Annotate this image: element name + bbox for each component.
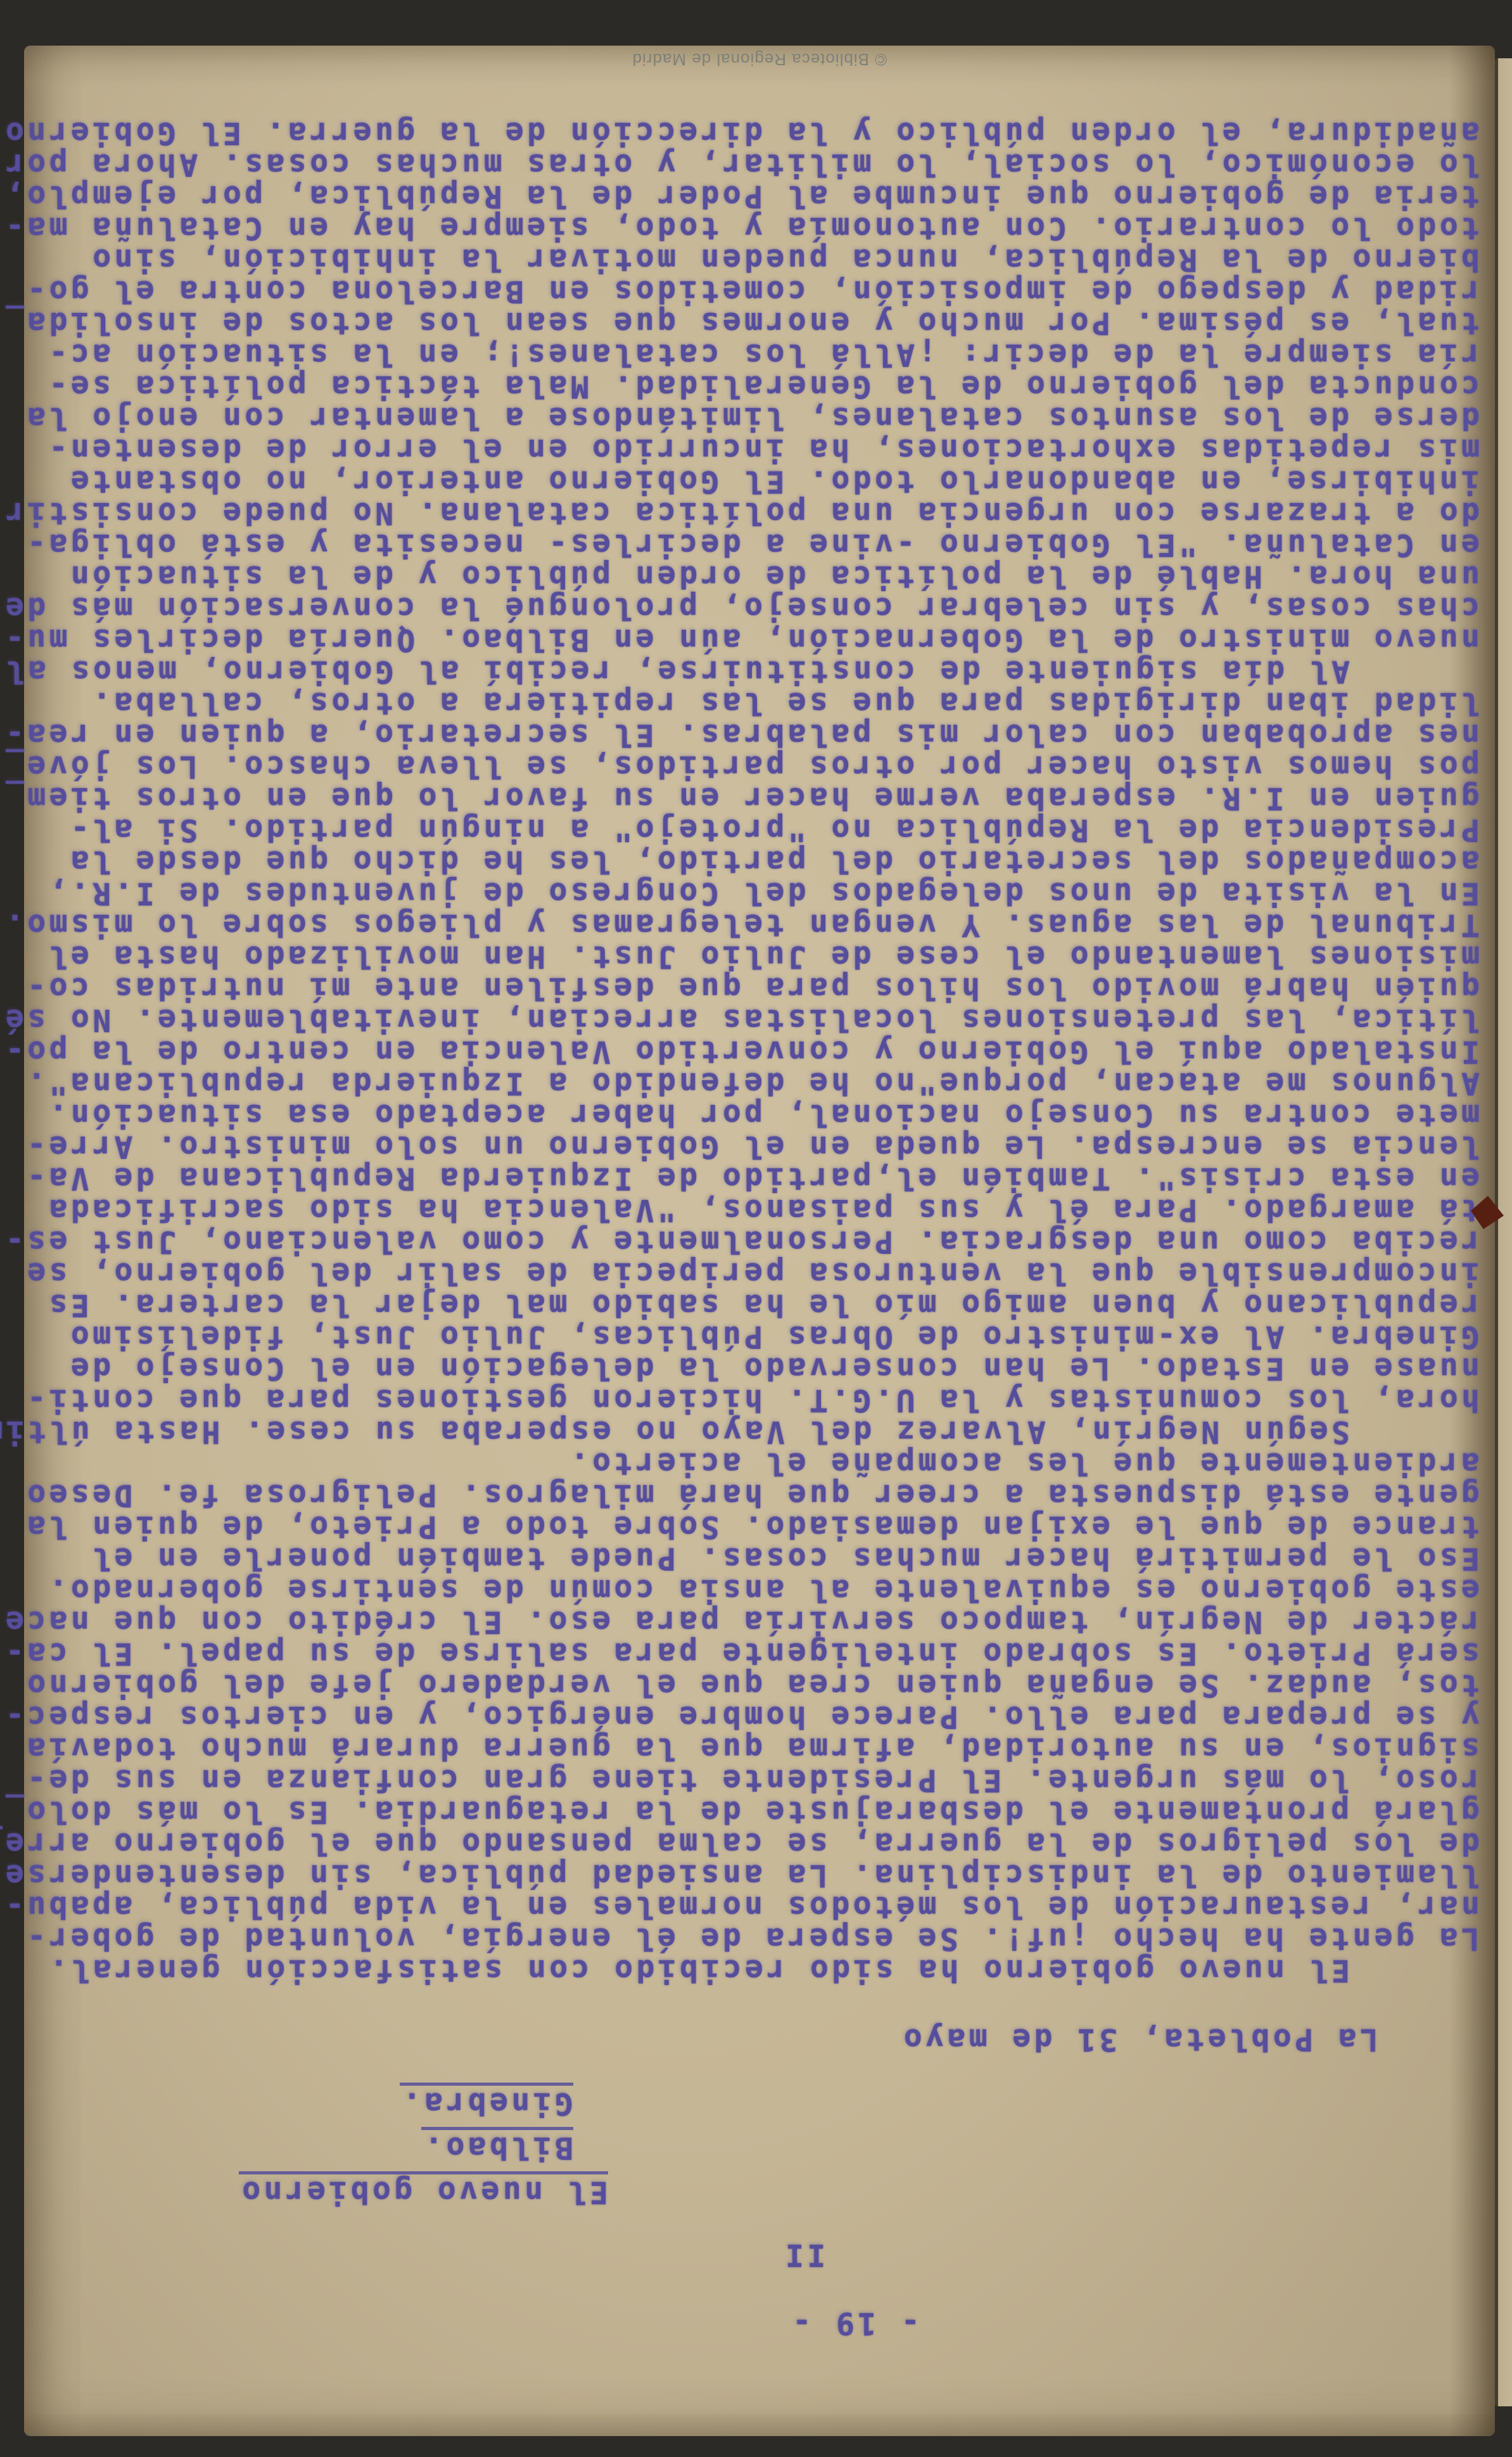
typewritten-line: lo económico, lo social, lo militar, y o… <box>39 149 1480 181</box>
typewritten-line: glará prontamente el desbarajuste de la … <box>39 1796 1480 1828</box>
typewritten-line: Presidencia de la República no "protejo"… <box>39 814 1480 846</box>
typewritten-line: guien en I.R. esperaba verme hacer en su… <box>39 782 1480 814</box>
typewritten-line: lidad iban dirigidas para que se las rep… <box>39 687 1480 719</box>
typewritten-line: Eso le permitirá hacer muchas cosas. Pue… <box>39 1543 1480 1574</box>
typewritten-line: Ginebra. Al ex-ministro de Obras Pública… <box>39 1321 1480 1353</box>
typewritten-line: En la visita de unos delegados del Congr… <box>39 877 1480 909</box>
rotated-typescript-layer: - 19 - II El nuevo gobiernoBilbao.Ginebr… <box>24 46 1495 2436</box>
typewritten-line: La gente ha hecho ¡uf!. Se espera de él … <box>39 1923 1480 1955</box>
typewritten-line: lítica, las pretensiones localistas arre… <box>39 1004 1480 1036</box>
typewritten-line: tá amargado. Para él y sus paisanos, "Va… <box>39 1194 1480 1226</box>
typewritten-line: Instalado aquí el Gobierno y convertido … <box>39 1036 1480 1068</box>
typewritten-line: roso, lo más urgente. El Presidente tien… <box>39 1765 1480 1796</box>
typewritten-line: republicano y buen amigo mío le ha sabid… <box>39 1289 1480 1321</box>
typewritten-line: trance de que le exijan demasiado. Sobre… <box>39 1511 1480 1543</box>
page-number: - 19 - <box>119 2306 1512 2341</box>
dateline: La Pobleta, 31 de mayo <box>900 2022 1378 2057</box>
typewritten-line: ría siempre la de decir: ¡Allá los catal… <box>39 339 1480 371</box>
typewritten-line: rácter de Negrín, tampoco serviría para … <box>39 1606 1480 1638</box>
typewritten-line: Al día siguiente de constituirse, recibí… <box>39 656 1480 687</box>
section-numeral: II <box>68 2237 1512 2273</box>
typewritten-line: mis repetidas exhortaciones, ha incurrid… <box>39 434 1480 466</box>
topic-heading: Bilbao. <box>421 2127 573 2164</box>
typewritten-line: mete contra su Consejo nacional, por hab… <box>39 1099 1480 1131</box>
typewritten-line: de los peligros de la guerra, se calma p… <box>39 1828 1480 1860</box>
typewritten-line: en Cataluña. "El Gobierno -vine a decirl… <box>39 529 1480 561</box>
diary-entry-text: El nuevo gobierno ha sido recibido con s… <box>39 117 1480 1986</box>
typewritten-line: chas cosas, y sin celebrar consejo, prol… <box>39 592 1480 624</box>
typewritten-line: Algunos me atacan, porque"no he defendid… <box>39 1068 1480 1099</box>
typewritten-line: teria de gobierno que incumbe al Poder d… <box>39 181 1480 212</box>
library-watermark: © Biblioteca Regional de Madrid <box>24 49 1495 69</box>
typewritten-line: será Prieto. Es sobrado inteligente para… <box>39 1638 1480 1669</box>
typewritten-line: pos hemos visto hacer por otros partidos… <box>39 751 1480 782</box>
typewritten-line: hora, los comunistas y la U.G.T. hiciero… <box>39 1384 1480 1416</box>
typewritten-line: una hora. Hablé de la política de orden … <box>39 561 1480 592</box>
typewritten-line: incomprensible que la venturosa peripeci… <box>39 1258 1480 1289</box>
typewritten-line: añadidura, el orden público y la direcci… <box>39 117 1480 149</box>
typewritten-line: misiones lamentando el cese de Julio Jus… <box>39 941 1480 973</box>
typewritten-line: gente está dispuesta a creer que hará mi… <box>39 1479 1480 1511</box>
typewritten-line: ridad y despego de imposición, cometidos… <box>39 276 1480 307</box>
typewritten-line: y se prepara para ello. Parece hombre en… <box>39 1701 1480 1733</box>
typewritten-line: derse de los asuntos catalanes, limitánd… <box>39 402 1480 434</box>
typewritten-line: tual, es pésima. Por mucho y enormes que… <box>39 307 1480 339</box>
typewritten-line: nuase en Estado. Le han conservado la de… <box>39 1353 1480 1384</box>
typewritten-line: acompañados del secretario del partido, … <box>39 846 1480 877</box>
typewritten-line: tos, audaz. Se engaña quien crea que el … <box>39 1669 1480 1701</box>
typewritten-line: nuevo ministro de la Gobernación, aún en… <box>39 624 1480 656</box>
typewritten-line: bierno de la República, nunca pueden mot… <box>39 244 1480 276</box>
typewritten-line: inhibirse, en abandonarlo todo. El Gobie… <box>39 466 1480 497</box>
typewritten-line: do a trazarse con urgencia una política … <box>39 497 1480 529</box>
topic-heading: Ginebra. <box>400 2083 573 2119</box>
typewritten-line: conducta del gobierno de la Generalidad.… <box>39 371 1480 402</box>
typewritten-line: todo lo contrario. Con autonomía y todo,… <box>39 212 1480 244</box>
underlying-page-edge <box>1495 58 1512 2406</box>
scanned-document-screenshot: { "watermark": { "text": "© Biblioteca R… <box>0 0 1512 2457</box>
typewritten-line: ardientemente que les acompañe el aciert… <box>39 1448 1480 1479</box>
typewritten-line: signios, en su autoridad, afirma que la … <box>39 1733 1480 1765</box>
typewritten-line: nar, restauración de los métodos normale… <box>39 1891 1480 1923</box>
typewritten-line: lencia se encrespa. Le queda en el Gobie… <box>39 1131 1480 1163</box>
typewritten-line: llamiento de la indisciplina. La ansieda… <box>39 1860 1480 1891</box>
typewritten-line: Según Negrín, Alvarez del Vayo no espera… <box>39 1416 1480 1448</box>
typewritten-line: Tribunal de las aguas. Y vengan telegram… <box>39 909 1480 941</box>
typewritten-line: reciba como una desgracia. Personalmente… <box>39 1226 1480 1258</box>
typewritten-line: quién habrá movido los hilos para que de… <box>39 973 1480 1004</box>
typewritten-line: El nuevo gobierno ha sido recibido con s… <box>39 1955 1480 1986</box>
typewritten-line: nes aprobaban con calor mis palabras. El… <box>39 719 1480 751</box>
typewritten-line: en esta crisis". También el,partido de I… <box>39 1163 1480 1194</box>
topic-list: El nuevo gobiernoBilbao.Ginebra. <box>239 2075 608 2208</box>
topic-heading: El nuevo gobierno <box>239 2171 608 2208</box>
typewritten-line: este gobierno es equivalente al ansia co… <box>39 1574 1480 1606</box>
